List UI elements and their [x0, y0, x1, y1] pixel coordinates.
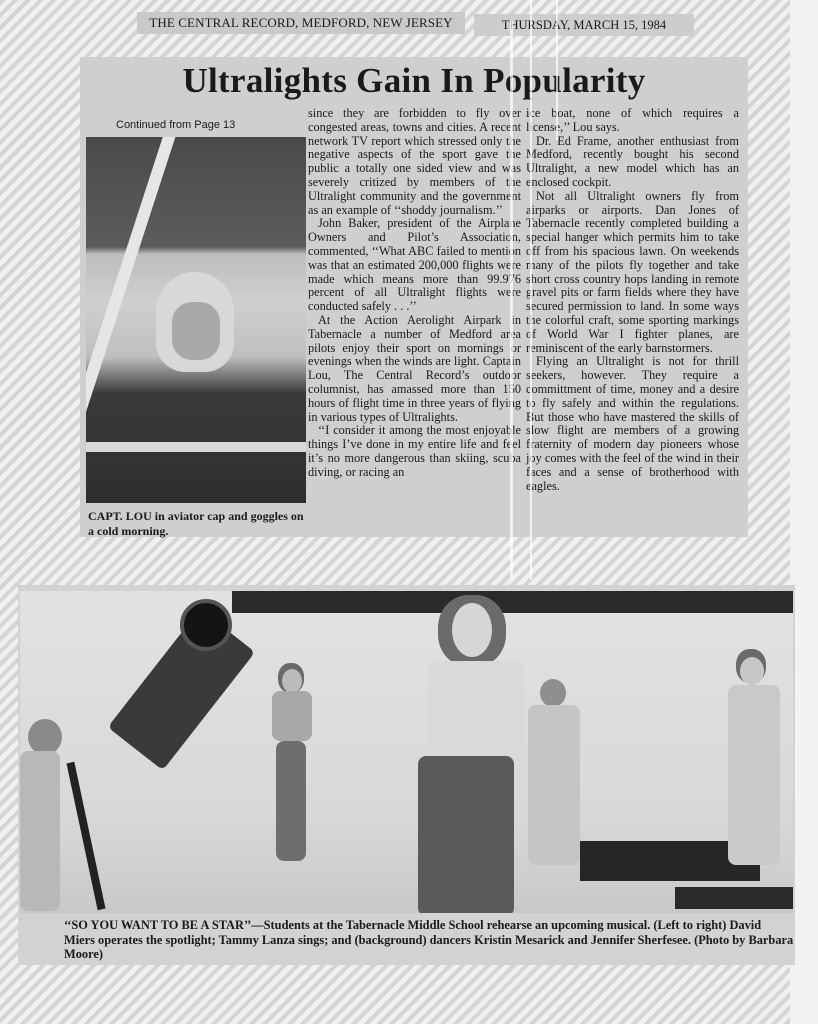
- ultralights-article-clipping: Ultralights Gain In Popularity Continued…: [80, 57, 748, 537]
- dancer-center-head: [540, 679, 566, 707]
- singer-sweater: [428, 661, 524, 761]
- article-column-3: ice boat, none of which requires a licen…: [526, 107, 739, 493]
- newspaper-masthead: THE CENTRAL RECORD, MEDFORD, NEW JERSEY: [137, 12, 465, 34]
- article-headline: Ultralights Gain In Popularity: [80, 59, 748, 103]
- paragraph: Not all Ultralight owners fly from airpa…: [526, 190, 739, 356]
- paragraph: ‘‘I consider it among the most enjoyable…: [308, 424, 521, 479]
- article-column-2: since they are forbidden to fly over con…: [308, 107, 521, 480]
- stage-curtain: [232, 591, 793, 613]
- paragraph: since they are forbidden to fly over con…: [308, 107, 521, 217]
- ultralight-wing-strut: [86, 137, 177, 416]
- dancer-right: [728, 685, 780, 865]
- captain-lou-photo: [86, 137, 306, 503]
- spotlight-stand: [66, 762, 105, 910]
- lamination-glare: [556, 0, 558, 140]
- dancer-left-head: [282, 669, 302, 693]
- paragraph: Flying an Ultralight is not for thrill s…: [526, 355, 739, 493]
- bearded-face: [172, 302, 220, 360]
- lamination-glare: [510, 20, 513, 580]
- spotlight-lens: [180, 599, 232, 651]
- aircraft-frame-bar: [86, 442, 306, 452]
- paragraph: At the Action Aerolight Airpark in Taber…: [308, 314, 521, 424]
- musical-photo-clipping: ‘‘SO YOU WANT TO BE A STAR’’—Students at…: [18, 585, 795, 965]
- aviator-cap: [156, 272, 234, 372]
- photo-caption-musical: ‘‘SO YOU WANT TO BE A STAR’’—Students at…: [64, 918, 794, 962]
- dancer-left-legs: [276, 741, 306, 861]
- dancer-right-head: [740, 657, 764, 685]
- lamination-glare: [530, 0, 532, 580]
- dancer-center: [528, 705, 580, 865]
- operator-head: [28, 719, 62, 755]
- publication-date: THURSDAY, MARCH 15, 1984: [474, 14, 694, 36]
- singer-head: [452, 603, 492, 657]
- singer-jeans: [418, 756, 514, 913]
- paragraph: John Baker, president of the Airplane Ow…: [308, 217, 521, 314]
- photo-caption-captain-lou: CAPT. LOU in aviator cap and goggles on …: [88, 509, 308, 539]
- spotlight-operator: [20, 751, 60, 911]
- dancer-left-torso: [272, 691, 312, 741]
- keyboard-instrument: [675, 887, 793, 909]
- paragraph: Dr. Ed Frame, another enthusiast from Me…: [526, 135, 739, 190]
- musical-rehearsal-photo: [20, 591, 793, 913]
- continued-from-label: Continued from Page 13: [116, 119, 235, 131]
